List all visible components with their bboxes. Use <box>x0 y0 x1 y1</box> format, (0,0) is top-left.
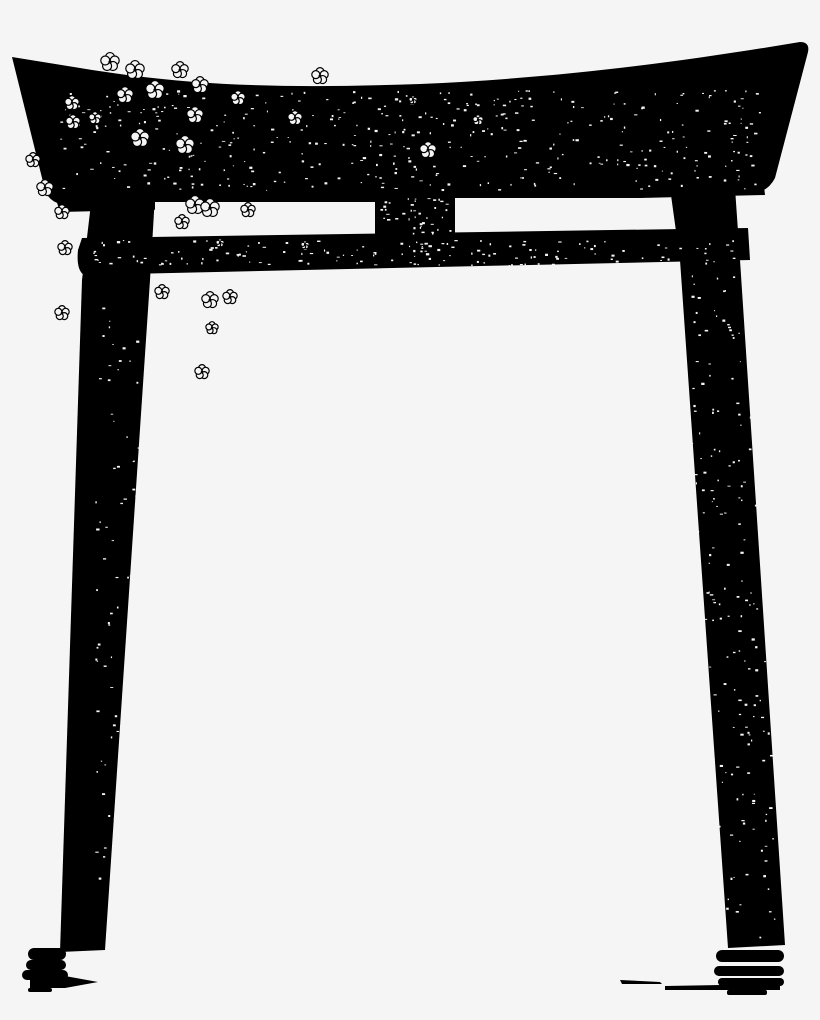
flower-icon <box>473 115 483 125</box>
flower-icon <box>301 241 309 249</box>
flower-icon <box>216 239 224 247</box>
flower-icon <box>409 96 417 104</box>
torii-gate-illustration <box>0 0 820 1020</box>
